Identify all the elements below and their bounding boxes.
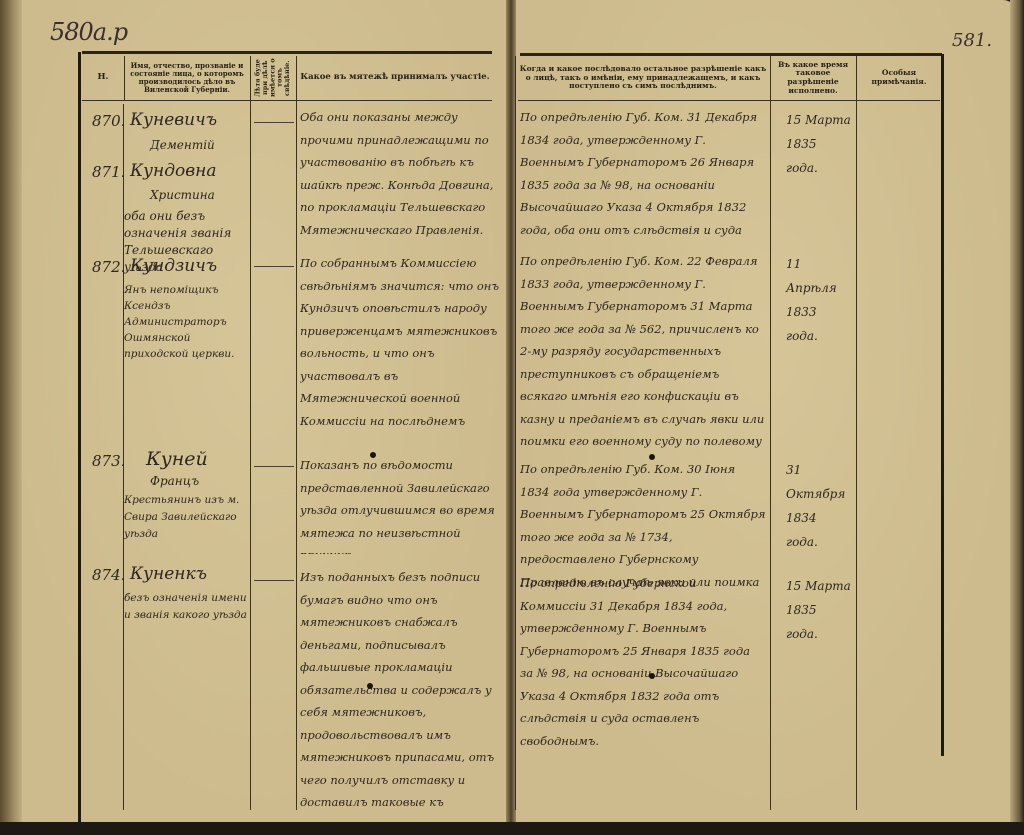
header-col-name: Имя, отчество, прозваніе и состояніе лиц… [126,58,248,98]
entry-surname: Куней [146,448,208,470]
header-col-participation: Какое въ мятежѣ принималъ участіе. [298,56,492,100]
entry-details: безъ означенія имени и званія какого уѣз… [124,590,248,624]
background-band [0,822,1024,835]
entry-surname: Кундзичъ [130,256,217,276]
entry-number: 874. [92,566,125,584]
entry-details: Крестьянинъ изъ м. Свира Завилейскаго уѣ… [124,492,248,543]
header-top-rule-left [82,51,492,54]
col-divider [124,56,125,101]
entry-resolution: По опредѣленію Губ. Ком. 30 Іюня 1834 го… [520,458,766,590]
entry-participation: Оба они показаны между прочими принадлеж… [300,106,500,244]
header-col-executed: Въ какое время таковое разрѣшеніе исполн… [772,56,854,100]
folio-number-left: 580a.р [50,18,127,46]
blank-dash [254,580,294,581]
book-right-edge [1010,0,1024,822]
entry-participation: По собраннымъ Коммиссіею свѣдѣніямъ знач… [300,252,500,432]
entry-resolution: По опредѣленію Губернской Коммиссіи 31 Д… [520,572,766,758]
header-bottom-rule-right [518,100,940,101]
entry-firstname: Францъ [150,474,199,488]
paper-hole [649,454,655,460]
entry-firstname: Дементій [150,138,215,152]
blank-dash [254,266,294,267]
right-border-line [941,54,944,756]
blank-dash [254,122,294,123]
entry-surname: Куневичъ [130,110,217,130]
header-col-resolution: Когда и какое послѣдовало остальное разр… [518,56,768,100]
entry-executed-date: 31 Октября 1834 года. [786,458,852,554]
entry-participation: Изъ поданныхъ безъ подписи бумагъ видно … [300,566,500,806]
header-col-notes: Особыя примѣчанія. [858,56,940,100]
book-left-edge [0,0,22,822]
left-border-line [78,52,81,822]
entry-executed-date: 15 Марта 1835 года. [786,574,852,646]
header-col-estate: Лѣта буде при дѣлѣ имѣется о томъ свѣдѣн… [252,58,294,98]
entry-resolution: По опредѣленію Губ. Ком. 22 Февраля 1833… [520,250,766,460]
col-divider [515,56,516,810]
blank-dash [254,466,294,467]
folio-number-right: 581. [952,30,992,51]
entry-details: Янъ непоміщикъ Ксендзъ Администраторъ Ош… [124,282,248,362]
entry-firstname: Христина [150,188,215,202]
entry-executed-date: 15 Марта 1835 года. [786,108,852,180]
entry-number: 870. [92,112,125,130]
col-divider [770,56,771,810]
entry-surname: Куненкъ [130,564,207,584]
col-divider [250,56,251,810]
paper-hole [649,673,655,679]
entry-number: 873. [92,452,125,470]
entry-executed-date: 11 Апрѣля 1833 года. [786,252,852,348]
entry-number: 872. [92,258,125,276]
header-col-number: Н. [82,56,124,100]
entry-number: 871. [92,163,125,181]
entry-participation: Показанъ по вѣдомости представленной Зав… [300,454,500,554]
entry-surname: Кундовна [130,161,216,181]
paper-hole [370,452,376,458]
col-divider [296,56,297,810]
paper-hole [367,683,373,689]
ledger-spread: 580a.р 581. Н. Имя, отчество, прозваніе … [0,0,1024,835]
entry-resolution: По опредѣленію Губ. Ком. 31 Декабря 1834… [520,106,766,244]
col-divider [856,56,857,810]
header-bottom-rule-left [82,100,492,101]
